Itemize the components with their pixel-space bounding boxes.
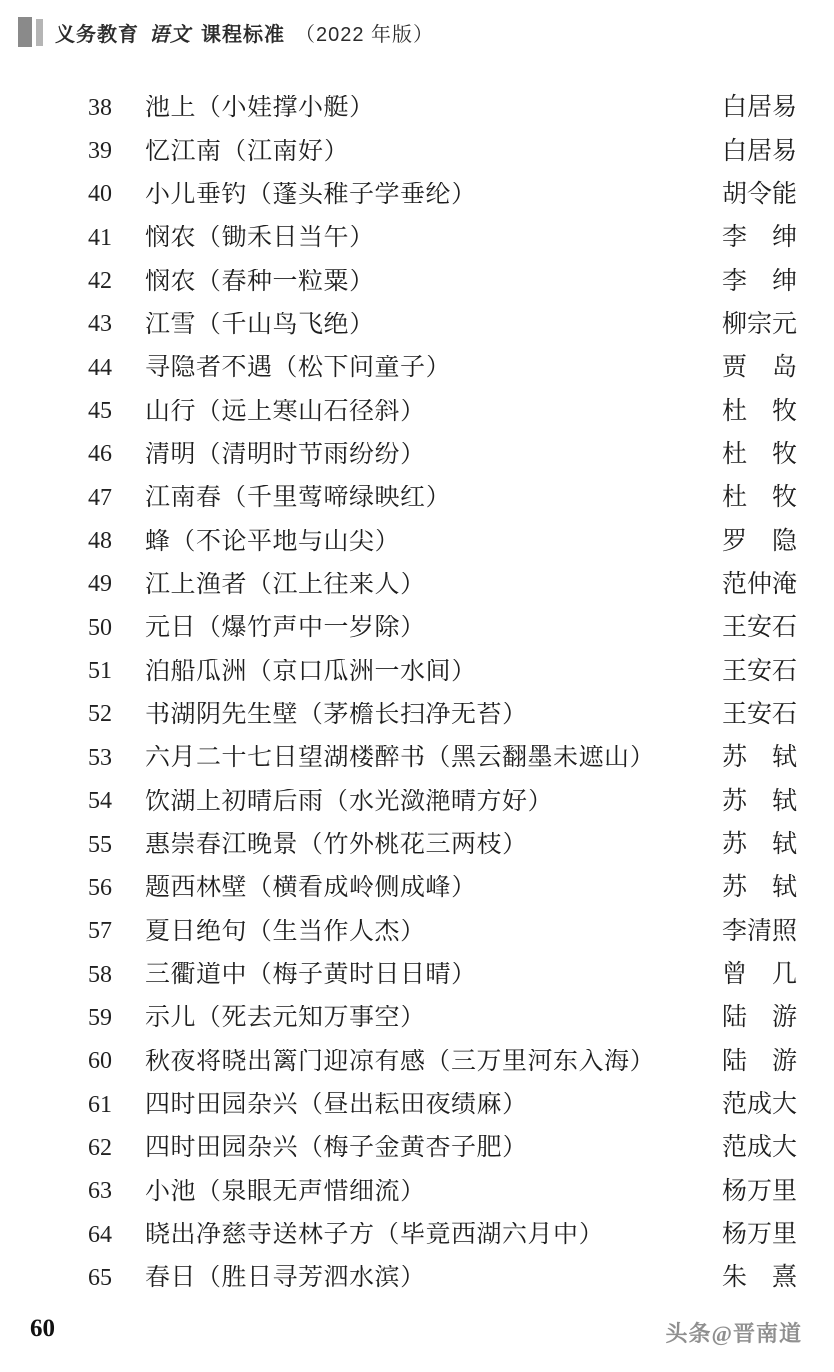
poem-title: 江南春（千里莺啼绿映红） xyxy=(145,485,722,510)
list-item: 47江南春（千里莺啼绿映红）杜 牧 xyxy=(88,476,797,519)
list-item: 51泊船瓜洲（京口瓜洲一水间）王安石 xyxy=(88,649,797,692)
poem-title: 题西林壁（横看成岭侧成峰） xyxy=(145,875,722,900)
poem-title: 六月二十七日望湖楼醉书（黑云翻墨未遮山） xyxy=(145,745,722,770)
list-item: 64晓出净慈寺送林子方（毕竟西湖六月中）杨万里 xyxy=(88,1213,797,1256)
poem-title: 蜂（不论平地与山尖） xyxy=(145,529,722,554)
item-number: 38 xyxy=(88,96,145,120)
item-number: 41 xyxy=(88,226,145,250)
poem-author: 王安石 xyxy=(722,702,797,727)
poem-title: 元日（爆竹声中一岁除） xyxy=(145,615,722,640)
poem-author: 杜 牧 xyxy=(722,399,797,424)
poem-author: 胡令能 xyxy=(722,182,797,207)
poem-author: 苏 轼 xyxy=(722,832,797,857)
poem-title: 悯农（春种一粒粟） xyxy=(145,269,722,294)
item-number: 51 xyxy=(88,659,145,683)
poem-author: 王安石 xyxy=(722,659,797,684)
poem-author: 王安石 xyxy=(722,615,797,640)
poem-author: 范成大 xyxy=(722,1135,797,1160)
list-item: 40小儿垂钓（蓬头稚子学垂纶）胡令能 xyxy=(88,173,797,216)
list-item: 49江上渔者（江上往来人）范仲淹 xyxy=(88,563,797,606)
poem-author: 杨万里 xyxy=(722,1179,797,1204)
list-item: 38池上（小娃撑小艇）白居易 xyxy=(88,86,797,129)
poem-list: 38池上（小娃撑小艇）白居易39忆江南（江南好）白居易40小儿垂钓（蓬头稚子学垂… xyxy=(88,86,797,1300)
poem-author: 陆 游 xyxy=(722,1005,797,1030)
poem-title: 四时田园杂兴（昼出耘田夜绩麻） xyxy=(145,1092,722,1117)
item-number: 64 xyxy=(88,1223,145,1247)
poem-author: 曾 几 xyxy=(722,962,797,987)
poem-title: 夏日绝句（生当作人杰） xyxy=(145,919,722,944)
header-title: 义务教育语文课程标准（2022 年版） xyxy=(55,18,434,47)
item-number: 53 xyxy=(88,746,145,770)
poem-title: 示儿（死去元知万事空） xyxy=(145,1005,722,1030)
poem-author: 白居易 xyxy=(722,95,797,120)
poem-title: 晓出净慈寺送林子方（毕竟西湖六月中） xyxy=(145,1222,722,1247)
item-number: 49 xyxy=(88,572,145,596)
list-item: 61四时田园杂兴（昼出耘田夜绩麻）范成大 xyxy=(88,1083,797,1126)
list-item: 63小池（泉眼无声惜细流）杨万里 xyxy=(88,1170,797,1213)
poem-author: 苏 轼 xyxy=(722,745,797,770)
item-number: 65 xyxy=(88,1266,145,1290)
item-number: 45 xyxy=(88,399,145,423)
poem-title: 三衢道中（梅子黄时日日晴） xyxy=(145,962,722,987)
poem-author: 杜 牧 xyxy=(722,442,797,467)
poem-author: 李 绅 xyxy=(722,269,797,294)
poem-title: 山行（远上寒山石径斜） xyxy=(145,399,722,424)
list-item: 45山行（远上寒山石径斜）杜 牧 xyxy=(88,389,797,432)
list-item: 58三衢道中（梅子黄时日日晴）曾 几 xyxy=(88,953,797,996)
list-item: 56题西林壁（横看成岭侧成峰）苏 轼 xyxy=(88,866,797,909)
poem-author: 李 绅 xyxy=(722,225,797,250)
item-number: 50 xyxy=(88,616,145,640)
item-number: 56 xyxy=(88,876,145,900)
poem-title: 寻隐者不遇（松下问童子） xyxy=(145,355,722,380)
item-number: 61 xyxy=(88,1093,145,1117)
poem-title: 池上（小娃撑小艇） xyxy=(145,95,722,120)
item-number: 46 xyxy=(88,442,145,466)
list-item: 53六月二十七日望湖楼醉书（黑云翻墨未遮山）苏 轼 xyxy=(88,736,797,779)
item-number: 40 xyxy=(88,182,145,206)
item-number: 55 xyxy=(88,833,145,857)
poem-author: 柳宗元 xyxy=(722,312,797,337)
list-item: 42悯农（春种一粒粟）李 绅 xyxy=(88,259,797,302)
poem-title: 秋夜将晓出篱门迎凉有感（三万里河东入海） xyxy=(145,1049,722,1074)
list-item: 59示儿（死去元知万事空）陆 游 xyxy=(88,996,797,1039)
item-number: 63 xyxy=(88,1179,145,1203)
poem-title: 春日（胜日寻芳泗水滨） xyxy=(145,1265,722,1290)
list-item: 48蜂（不论平地与山尖）罗 隐 xyxy=(88,519,797,562)
item-number: 59 xyxy=(88,1006,145,1030)
poem-title: 忆江南（江南好） xyxy=(145,139,722,164)
poem-author: 贾 岛 xyxy=(722,355,797,380)
poem-title: 泊船瓜洲（京口瓜洲一水间） xyxy=(145,659,722,684)
poem-author: 朱 熹 xyxy=(722,1265,797,1290)
page-number: 60 xyxy=(30,1315,55,1343)
poem-author: 杜 牧 xyxy=(722,485,797,510)
poem-author: 苏 轼 xyxy=(722,875,797,900)
list-item: 46清明（清明时节雨纷纷）杜 牧 xyxy=(88,433,797,476)
item-number: 44 xyxy=(88,356,145,380)
poem-title: 小儿垂钓（蓬头稚子学垂纶） xyxy=(145,182,722,207)
poem-title: 惠崇春江晚景（竹外桃花三两枝） xyxy=(145,832,722,857)
page-header: 义务教育语文课程标准（2022 年版） xyxy=(18,16,434,48)
header-title-part-3: 课程标准 xyxy=(201,24,285,46)
poem-title: 江上渔者（江上往来人） xyxy=(145,572,722,597)
poem-author: 范仲淹 xyxy=(722,572,797,597)
list-item: 54饮湖上初晴后雨（水光潋滟晴方好）苏 轼 xyxy=(88,780,797,823)
poem-title: 书湖阴先生壁（茅檐长扫净无苔） xyxy=(145,702,722,727)
poem-author: 李清照 xyxy=(722,919,797,944)
header-title-part-4: （2022 年版） xyxy=(295,24,434,46)
header-bar-dark-icon xyxy=(18,17,32,47)
watermark: 头条@晋南道 xyxy=(666,1317,802,1348)
header-title-part-2: 语文 xyxy=(149,24,191,46)
item-number: 43 xyxy=(88,312,145,336)
poem-author: 罗 隐 xyxy=(722,529,797,554)
list-item: 57夏日绝句（生当作人杰）李清照 xyxy=(88,910,797,953)
poem-author: 苏 轼 xyxy=(722,789,797,814)
item-number: 47 xyxy=(88,486,145,510)
list-item: 43江雪（千山鸟飞绝）柳宗元 xyxy=(88,303,797,346)
header-bar-light-icon xyxy=(36,19,43,46)
item-number: 39 xyxy=(88,139,145,163)
item-number: 42 xyxy=(88,269,145,293)
item-number: 48 xyxy=(88,529,145,553)
list-item: 55惠崇春江晚景（竹外桃花三两枝）苏 轼 xyxy=(88,823,797,866)
list-item: 41悯农（锄禾日当午）李 绅 xyxy=(88,216,797,259)
poem-title: 清明（清明时节雨纷纷） xyxy=(145,442,722,467)
list-item: 65春日（胜日寻芳泗水滨）朱 熹 xyxy=(88,1256,797,1299)
poem-author: 陆 游 xyxy=(722,1049,797,1074)
poem-title: 四时田园杂兴（梅子金黄杏子肥） xyxy=(145,1135,722,1160)
list-item: 62四时田园杂兴（梅子金黄杏子肥）范成大 xyxy=(88,1126,797,1169)
list-item: 39忆江南（江南好）白居易 xyxy=(88,129,797,172)
list-item: 50元日（爆竹声中一岁除）王安石 xyxy=(88,606,797,649)
item-number: 60 xyxy=(88,1049,145,1073)
item-number: 62 xyxy=(88,1136,145,1160)
item-number: 54 xyxy=(88,789,145,813)
poem-author: 范成大 xyxy=(722,1092,797,1117)
poem-title: 悯农（锄禾日当午） xyxy=(145,225,722,250)
poem-author: 白居易 xyxy=(722,139,797,164)
item-number: 57 xyxy=(88,919,145,943)
header-title-part-1: 义务教育 xyxy=(55,24,139,46)
list-item: 44寻隐者不遇（松下问童子）贾 岛 xyxy=(88,346,797,389)
poem-title: 小池（泉眼无声惜细流） xyxy=(145,1179,722,1204)
list-item: 52书湖阴先生壁（茅檐长扫净无苔）王安石 xyxy=(88,693,797,736)
poem-title: 饮湖上初晴后雨（水光潋滟晴方好） xyxy=(145,789,722,814)
list-item: 60秋夜将晓出篱门迎凉有感（三万里河东入海）陆 游 xyxy=(88,1040,797,1083)
poem-author: 杨万里 xyxy=(722,1222,797,1247)
poem-title: 江雪（千山鸟飞绝） xyxy=(145,312,722,337)
item-number: 58 xyxy=(88,963,145,987)
item-number: 52 xyxy=(88,702,145,726)
